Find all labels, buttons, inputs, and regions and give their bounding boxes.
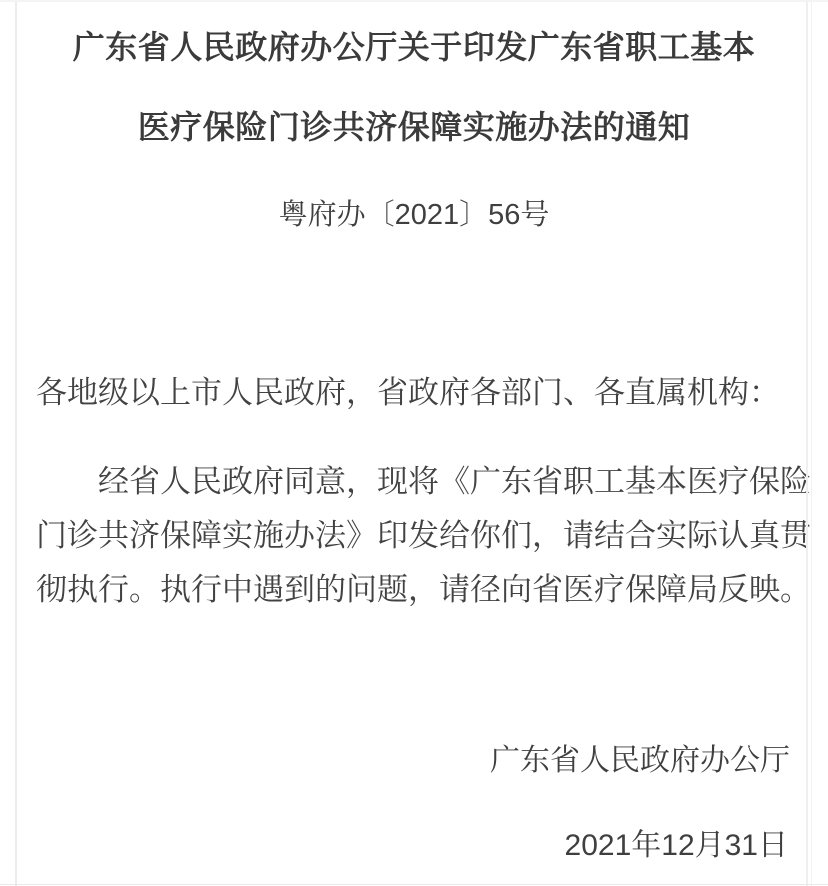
page-right-edge-line-inner: [811, 0, 812, 886]
issuing-office-signature: 广东省人民政府办公厅: [490, 735, 790, 779]
document-title: 广东省人民政府办公厅关于印发广东省职工基本 医疗保险门诊共济保障实施办法的通知: [0, 0, 828, 146]
body-line-2: 门诊共济保障实施办法》印发给你们，请结合实际认真贯: [36, 509, 808, 563]
page-bottom-rule: [0, 884, 828, 885]
page-right-edge-line-outer: [806, 0, 808, 886]
issue-date: 2021年12月31日: [565, 820, 788, 864]
body-paragraph: 经省人民政府同意，现将《广东省职工基本医疗保险 门诊共济保障实施办法》印发给你们…: [0, 455, 828, 617]
document-number: 粤府办〔2021〕56号: [0, 195, 828, 235]
body-line-1: 经省人民政府同意，现将《广东省职工基本医疗保险: [36, 455, 808, 509]
body-line-3: 彻执行。执行中遇到的问题，请径向省医疗保障局反映。: [36, 563, 808, 617]
document-title-line-1: 广东省人民政府办公厅关于印发广东省职工基本: [0, 28, 828, 66]
salutation-line: 各地级以上市人民政府，省政府各部门、各直属机构：: [0, 373, 828, 413]
page-top-rule: [0, 0, 828, 2]
page-left-edge-line: [15, 0, 17, 886]
document-page: 广东省人民政府办公厅关于印发广东省职工基本 医疗保险门诊共济保障实施办法的通知 …: [0, 0, 828, 886]
document-title-line-2: 医疗保险门诊共济保障实施办法的通知: [0, 108, 828, 146]
